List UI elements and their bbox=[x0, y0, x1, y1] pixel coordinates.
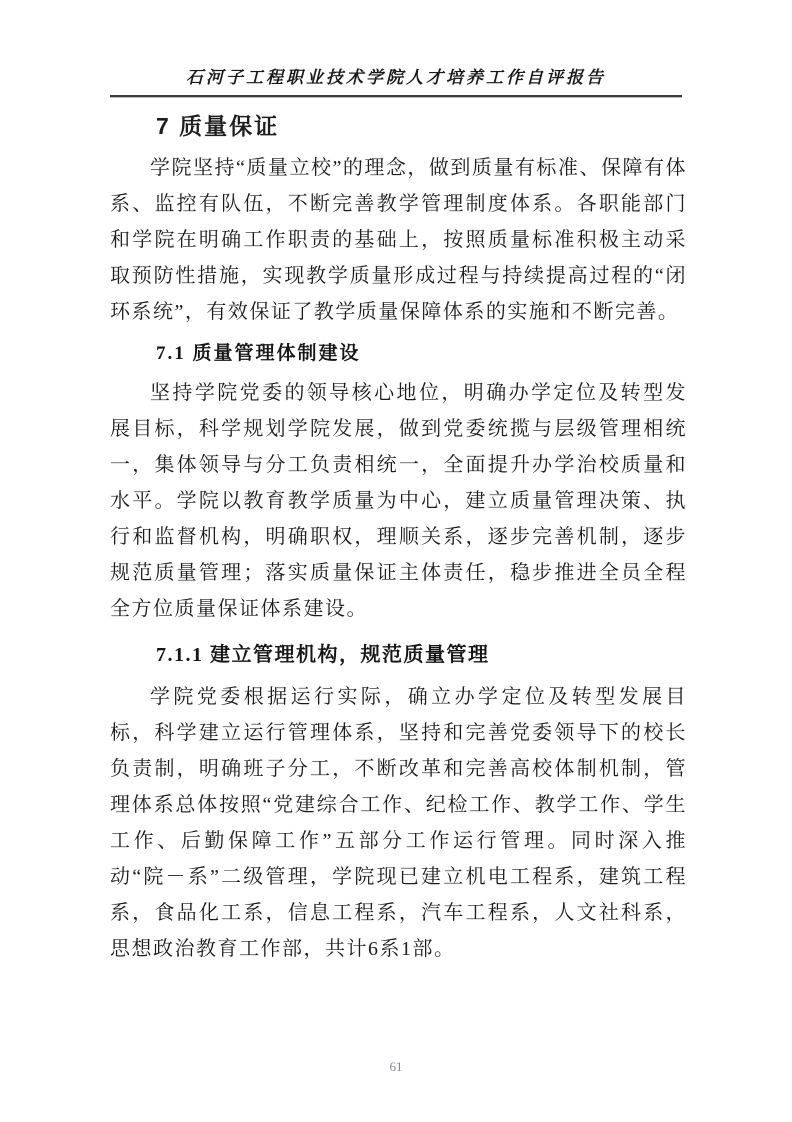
section-paragraph: 学院坚持“质量立校”的理念，做到质量有标准、保障有体系、监控有队伍，不断完善教学… bbox=[110, 150, 687, 330]
document-page: 石河子工程职业技术学院人才培养工作自评报告 7 质量保证 学院坚持“质量立校”的… bbox=[0, 0, 792, 1122]
section-heading-7: 7 质量保证 bbox=[156, 112, 687, 140]
document-body: 7 质量保证 学院坚持“质量立校”的理念，做到质量有标准、保障有体系、监控有队伍… bbox=[110, 0, 687, 967]
subsubsection-heading-7-1-1: 7.1.1 建立管理机构，规范质量管理 bbox=[156, 643, 687, 668]
subsection-heading-7-1: 7.1 质量管理体制建设 bbox=[156, 342, 687, 366]
subsection-paragraph: 坚持学院党委的领导核心地位，明确办学定位及转型发展目标，科学规划学院发展，做到党… bbox=[110, 375, 687, 627]
subsubsection-paragraph: 学院党委根据运行实际，确立办学定位及转型发展目标，科学建立运行管理体系，坚持和完… bbox=[110, 679, 687, 967]
page-number: 61 bbox=[0, 1059, 792, 1075]
